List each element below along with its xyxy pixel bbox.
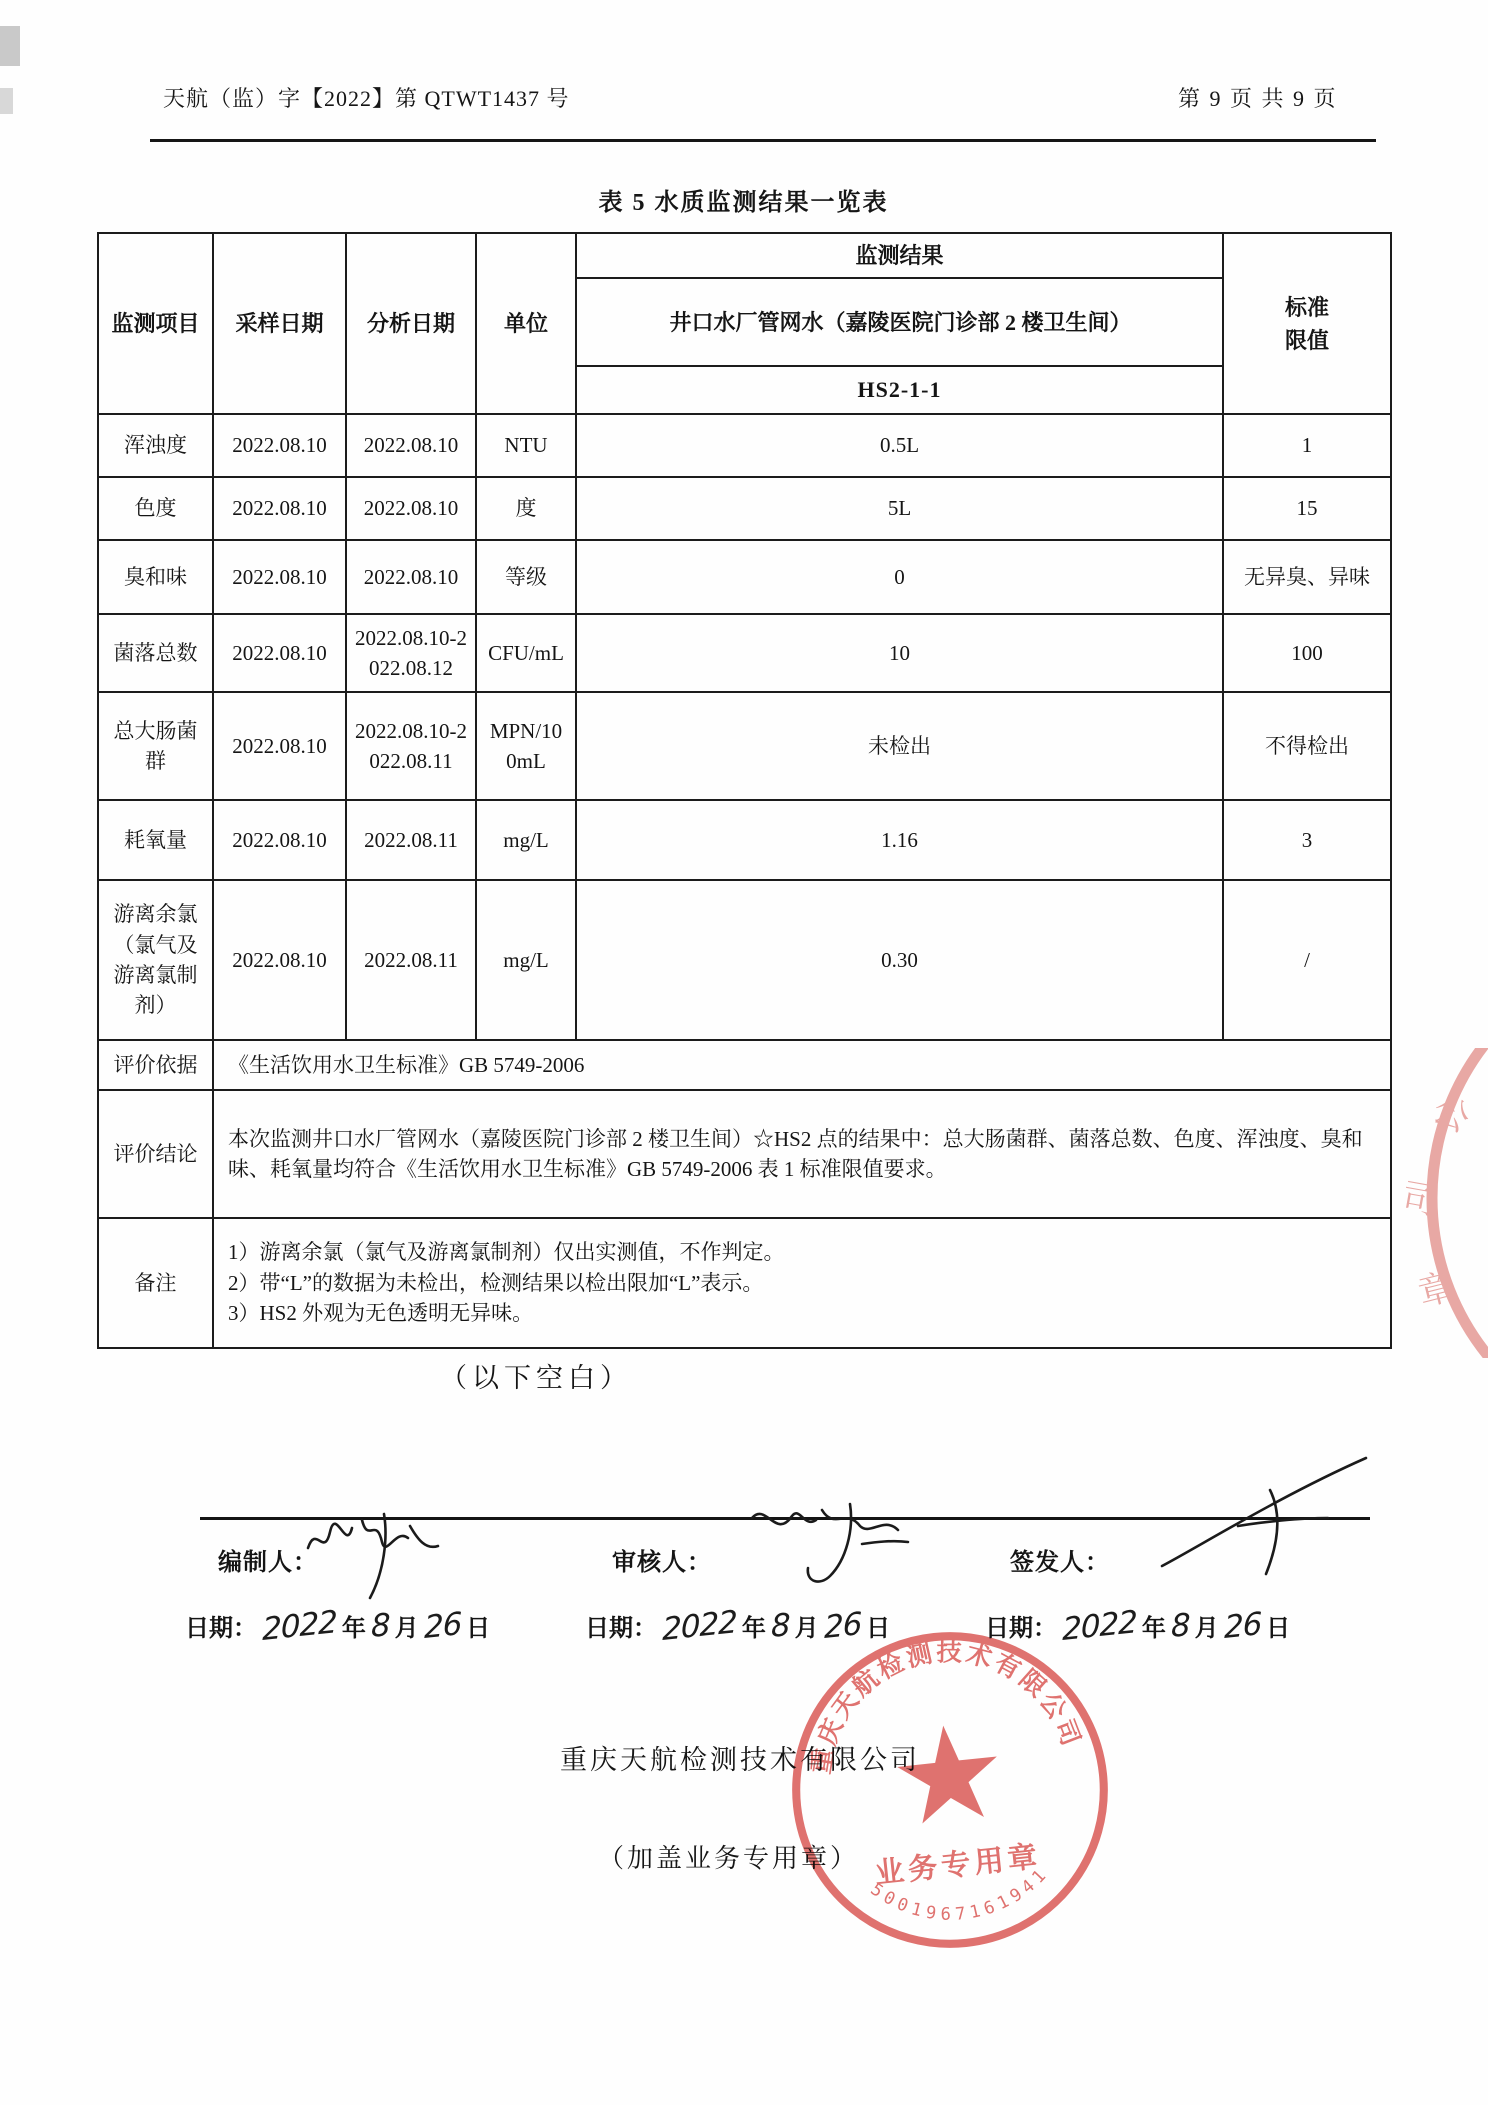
table-row: 浑浊度 2022.08.10 2022.08.10 NTU 0.5L 1 xyxy=(98,414,1391,477)
limit-cell: 无异臭、异味 xyxy=(1223,540,1391,614)
limit-header-text: 标准限值 xyxy=(1281,291,1333,357)
analysis-date-cell: 2022.08.10 xyxy=(346,540,476,614)
col-header-site: 井口水厂管网水（嘉陵医院门诊部 2 楼卫生间） xyxy=(576,278,1223,366)
sample-date-cell: 2022.08.10 xyxy=(213,477,346,540)
date-label: 日期： xyxy=(585,1608,657,1643)
unit-cell: 等级 xyxy=(476,540,576,614)
table-row: 总大肠菌群 2022.08.10 2022.08.10-2022.08.11 M… xyxy=(98,692,1391,800)
conclusion-label: 评价结论 xyxy=(98,1090,213,1218)
limit-cell: 15 xyxy=(1223,477,1391,540)
edge-stamp-char-3: 章 xyxy=(1414,1266,1459,1314)
remark-text: 1）游离余氯（氯气及游离氯制剂）仅出实测值，不作判定。 2）带“L”的数据为未检… xyxy=(213,1218,1391,1348)
analysis-date-cell: 2022.08.10 xyxy=(346,477,476,540)
analysis-date-cell: 2022.08.10-2022.08.11 xyxy=(346,692,476,800)
edge-stamp-char-2: 司 xyxy=(1399,1176,1441,1222)
sample-date-cell: 2022.08.10 xyxy=(213,614,346,692)
analysis-date-cell: 2022.08.10 xyxy=(346,414,476,477)
sample-date-cell: 2022.08.10 xyxy=(213,540,346,614)
item-cell: 总大肠菌群 xyxy=(98,692,213,800)
basis-label: 评价依据 xyxy=(98,1040,213,1090)
analysis-date-cell: 2022.08.10-2022.08.12 xyxy=(346,614,476,692)
col-header-item: 监测项目 xyxy=(98,233,213,414)
col-header-result-group: 监测结果 xyxy=(576,233,1223,278)
unit-cell: NTU xyxy=(476,414,576,477)
unit-cell: MPN/100mL xyxy=(476,692,576,800)
date-day-handwritten: 26 xyxy=(424,1606,461,1646)
reviewer-label: 审核人： xyxy=(612,1542,712,1577)
conclusion-text: 本次监测井口水厂管网水（嘉陵医院门诊部 2 楼卫生间）☆HS2 点的结果中：总大… xyxy=(213,1090,1391,1218)
sample-date-cell: 2022.08.10 xyxy=(213,880,346,1040)
company-stamp: 重庆天航检测技术有限公司 业务专用章 5001967161941 xyxy=(761,1601,1139,1979)
reviewer-signature xyxy=(742,1498,922,1608)
result-cell: 未检出 xyxy=(576,692,1223,800)
year-label: 年 xyxy=(1142,1608,1166,1643)
remark-label: 备注 xyxy=(98,1218,213,1348)
remark-line-1: 1）游离余氯（氯气及游离氯制剂）仅出实测值，不作判定。 xyxy=(228,1237,1374,1267)
remark-row: 备注 1）游离余氯（氯气及游离氯制剂）仅出实测值，不作判定。 2）带“L”的数据… xyxy=(98,1218,1391,1348)
blank-below-note: （以下空白） xyxy=(440,1356,632,1395)
table-row: 游离余氯（氯气及游离氯制剂） 2022.08.10 2022.08.11 mg/… xyxy=(98,880,1391,1040)
scan-artifact xyxy=(0,88,13,114)
result-cell: 1.16 xyxy=(576,800,1223,880)
date-year-handwritten: 2022 xyxy=(662,1604,736,1648)
monitoring-results-table: 监测项目 采样日期 分析日期 单位 监测结果 标准限值 井口水厂管网水（嘉陵医院… xyxy=(97,232,1392,1349)
day-label: 日 xyxy=(466,1608,490,1643)
analysis-date-cell: 2022.08.11 xyxy=(346,800,476,880)
header-row-1: 监测项目 采样日期 分析日期 单位 监测结果 标准限值 xyxy=(98,233,1391,278)
col-header-sample-code: HS2-1-1 xyxy=(576,366,1223,414)
date-label: 日期： xyxy=(185,1608,257,1643)
stamp-purpose-text: 业务专用章 xyxy=(873,1839,1043,1890)
document-page: 天航（监）字【2022】第 QTWT1437 号 第 9 页 共 9 页 表 5… xyxy=(0,0,1488,2105)
day-label: 日 xyxy=(1266,1608,1290,1643)
result-cell: 10 xyxy=(576,614,1223,692)
page-number: 第 9 页 共 9 页 xyxy=(1178,82,1338,113)
sample-date-cell: 2022.08.10 xyxy=(213,692,346,800)
table-row: 菌落总数 2022.08.10 2022.08.10-2022.08.12 CF… xyxy=(98,614,1391,692)
col-header-analysis-date: 分析日期 xyxy=(346,233,476,414)
table-row: 色度 2022.08.10 2022.08.10 度 5L 15 xyxy=(98,477,1391,540)
unit-cell: mg/L xyxy=(476,880,576,1040)
limit-cell: 不得检出 xyxy=(1223,692,1391,800)
issuer-signature xyxy=(1150,1448,1380,1598)
col-header-unit: 单位 xyxy=(476,233,576,414)
result-cell: 5L xyxy=(576,477,1223,540)
item-cell: 游离余氯（氯气及游离氯制剂） xyxy=(98,880,213,1040)
sample-date-cell: 2022.08.10 xyxy=(213,414,346,477)
header-rule xyxy=(150,139,1376,142)
item-cell: 菌落总数 xyxy=(98,614,213,692)
result-cell: 0.5L xyxy=(576,414,1223,477)
col-header-limit: 标准限值 xyxy=(1223,233,1391,414)
item-cell: 浑浊度 xyxy=(98,414,213,477)
item-cell: 臭和味 xyxy=(98,540,213,614)
item-cell: 耗氧量 xyxy=(98,800,213,880)
unit-cell: 度 xyxy=(476,477,576,540)
sample-date-cell: 2022.08.10 xyxy=(213,800,346,880)
remark-line-3: 3）HS2 外观为无色透明无异味。 xyxy=(228,1298,1374,1328)
site-header-text: 井口水厂管网水（嘉陵医院门诊部 2 楼卫生间） xyxy=(670,306,1130,339)
result-cell: 0 xyxy=(576,540,1223,614)
year-label: 年 xyxy=(342,1608,366,1643)
scan-artifact xyxy=(0,26,20,66)
preparer-signature xyxy=(300,1506,450,1616)
unit-cell: CFU/mL xyxy=(476,614,576,692)
item-cell: 色度 xyxy=(98,477,213,540)
table-title: 表 5 水质监测结果一览表 xyxy=(97,182,1390,217)
basis-row: 评价依据 《生活饮用水卫生标准》GB 5749-2006 xyxy=(98,1040,1391,1090)
stamp-star-icon xyxy=(893,1720,1003,1825)
edge-stamp-fragment: 公 司 章 xyxy=(1352,1048,1488,1358)
table-row: 臭和味 2022.08.10 2022.08.10 等级 0 无异臭、异味 xyxy=(98,540,1391,614)
col-header-sample-date: 采样日期 xyxy=(213,233,346,414)
date-year-handwritten: 2022 xyxy=(262,1604,336,1648)
issuer-label: 签发人： xyxy=(1010,1542,1110,1577)
limit-cell: 1 xyxy=(1223,414,1391,477)
month-label: 月 xyxy=(395,1608,419,1643)
date-day-handwritten: 26 xyxy=(1224,1606,1261,1646)
date-month-handwritten: 8 xyxy=(371,1607,390,1645)
date-month-handwritten: 8 xyxy=(1171,1607,1190,1645)
limit-cell: 100 xyxy=(1223,614,1391,692)
limit-cell: / xyxy=(1223,880,1391,1040)
month-label: 月 xyxy=(1195,1608,1219,1643)
basis-text: 《生活饮用水卫生标准》GB 5749-2006 xyxy=(213,1040,1391,1090)
unit-cell: mg/L xyxy=(476,800,576,880)
document-number: 天航（监）字【2022】第 QTWT1437 号 xyxy=(163,82,570,113)
limit-cell: 3 xyxy=(1223,800,1391,880)
preparer-date: 日期： 2022 年 8 月 26 日 xyxy=(185,1608,490,1644)
remark-line-2: 2）带“L”的数据为未检出，检测结果以检出限加“L”表示。 xyxy=(228,1268,1374,1298)
conclusion-row: 评价结论 本次监测井口水厂管网水（嘉陵医院门诊部 2 楼卫生间）☆HS2 点的结… xyxy=(98,1090,1391,1218)
edge-stamp-char-1: 公 xyxy=(1427,1089,1476,1140)
result-cell: 0.30 xyxy=(576,880,1223,1040)
analysis-date-cell: 2022.08.11 xyxy=(346,880,476,1040)
table-row: 耗氧量 2022.08.10 2022.08.11 mg/L 1.16 3 xyxy=(98,800,1391,880)
